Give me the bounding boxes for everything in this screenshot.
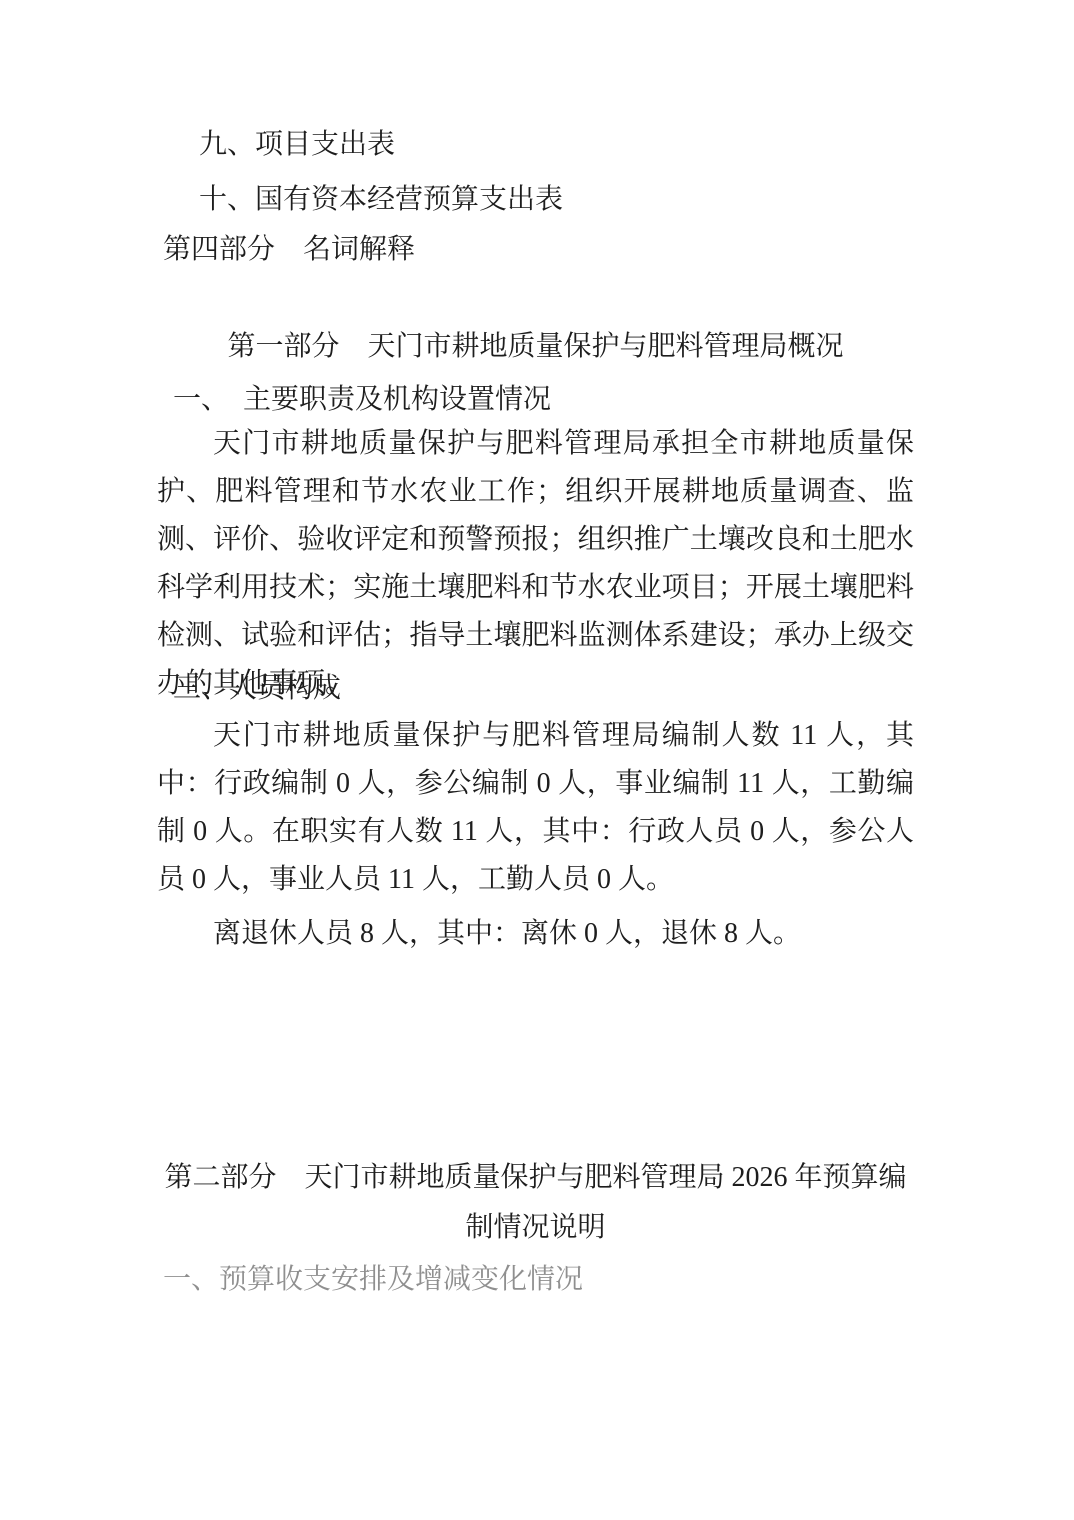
section1-retiree-paragraph: 离退休人员 8 人，其中：离休 0 人，退休 8 人。 [157,910,914,958]
section1-title: 第一部分 天门市耕地质量保护与肥料管理局概况 [157,322,914,372]
section1-staff-heading: 三、人员构成 [173,665,341,713]
section1-duties-heading: 一、 主要职责及机构设置情况 [173,376,551,424]
toc-item-project-expenditure-table: 九、项目支出表 [199,117,395,172]
section2-budget-heading: 一、预算收支安排及增减变化情况 [163,1256,583,1304]
section1-staff-paragraph: 天门市耕地质量保护与肥料管理局编制人数 11 人，其中：行政编制 0 人，参公编… [157,712,914,904]
document-page: 九、项目支出表 十、国有资本经营预算支出表 第四部分 名词解释 第一部分 天门市… [0,0,1074,1520]
document-content: 九、项目支出表 十、国有资本经营预算支出表 第四部分 名词解释 第一部分 天门市… [157,0,914,1520]
section2-title: 第二部分 天门市耕地质量保护与肥料管理局 2026 年预算编制情况说明 [157,1153,914,1253]
part4-glossary-heading: 第四部分 名词解释 [163,222,415,277]
toc-item-state-capital-budget-table: 十、国有资本经营预算支出表 [199,172,563,227]
